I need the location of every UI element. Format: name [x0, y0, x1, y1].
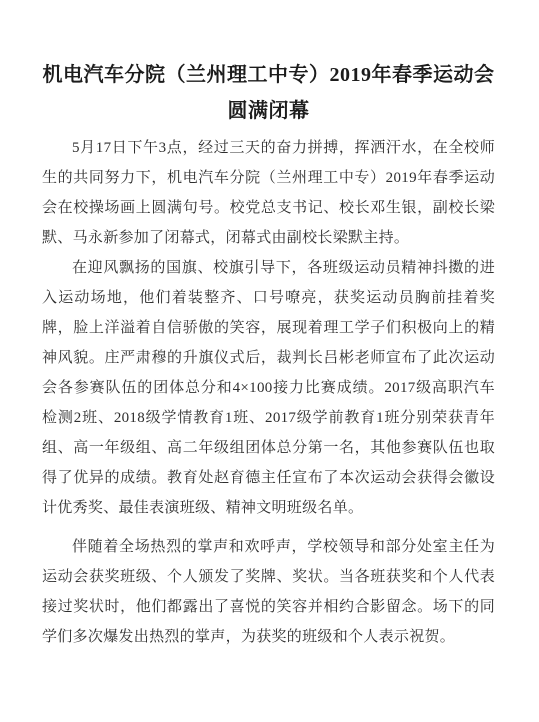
document-title-line-1: 机电汽车分院（兰州理工中专）2019年春季运动会 [42, 57, 495, 93]
paragraph-1: 5月17日下午3点，经过三天的奋力拼搏，挥洒汗水，在全校师生的共同努力下，机电汽… [42, 133, 495, 253]
document-page: 机电汽车分院（兰州理工中专）2019年春季运动会 圆满闭幕 5月17日下午3点，… [0, 0, 539, 722]
paragraph-3: 伴随着全场热烈的掌声和欢呼声，学校领导和部分处室主任为运动会获奖班级、个人颁发了… [42, 532, 495, 652]
document-body: 5月17日下午3点，经过三天的奋力拼搏，挥洒汗水，在全校师生的共同努力下，机电汽… [42, 133, 495, 652]
document-title: 机电汽车分院（兰州理工中专）2019年春季运动会 圆满闭幕 [42, 57, 495, 129]
document-title-line-2: 圆满闭幕 [42, 93, 495, 129]
paragraph-2: 在迎风飘扬的国旗、校旗引导下，各班级运动员精神抖擞的进入运动场地，他们着装整齐、… [42, 253, 495, 523]
